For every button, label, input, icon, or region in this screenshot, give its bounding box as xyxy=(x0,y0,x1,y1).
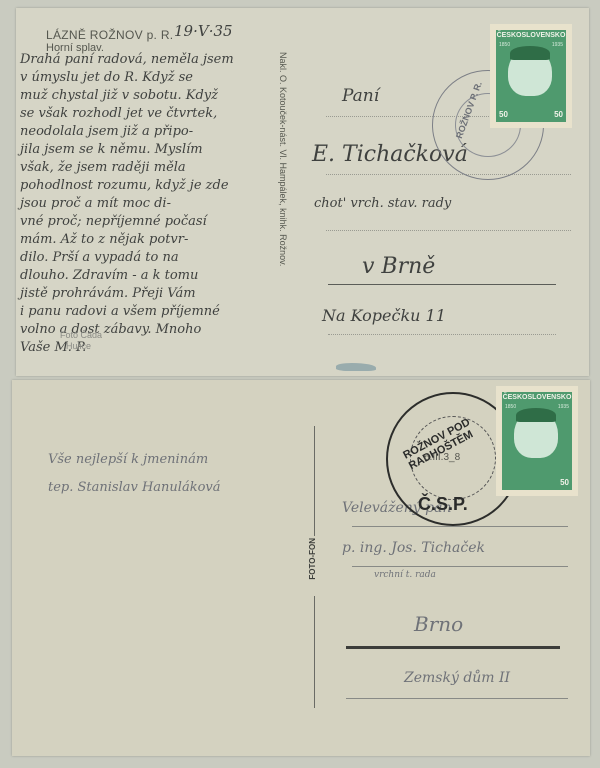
photo-credit: Foto Čáda xyxy=(60,330,102,340)
postage-stamp: ČESKOSLOVENSKO 18501935 50 xyxy=(496,386,578,496)
address-line xyxy=(352,526,568,527)
pencil-signature: tep. Stanislav Hanuláková xyxy=(48,480,221,495)
address-line xyxy=(328,334,556,335)
message-line: dlouho. Zdravím - a k tomu xyxy=(20,268,198,283)
postmark-csp: Č.S.P. xyxy=(418,494,468,515)
pencil-greeting: Vše nejlepší k jmeninám xyxy=(48,452,208,467)
message-line: muž chystal již v sobotu. Když xyxy=(20,88,218,103)
address-line xyxy=(326,174,571,175)
message-line: volno a dost zábavy. Mnoho xyxy=(20,322,201,337)
message-line: Drahá paní radová, neměla jsem xyxy=(20,52,234,67)
printed-title: LÁZNĚ ROŽNOV p. R. xyxy=(46,28,173,42)
address-title: vrchní t. rada xyxy=(374,570,436,580)
address-line xyxy=(326,230,571,231)
address-line2: p. ing. Jos. Tichaček xyxy=(342,540,485,556)
publisher-imprint: Nakl. O. Kotouček-nást. Vl. Hampálek, kn… xyxy=(278,52,288,352)
message-line: však, že jsem raději měla xyxy=(20,160,186,175)
message-line: se však rozhodl jet ve čtvrtek, xyxy=(20,106,217,121)
address-city-underline xyxy=(346,646,560,649)
handwritten-date: 19·V·35 xyxy=(174,22,233,40)
address-line xyxy=(352,566,568,567)
address-city: Brno xyxy=(414,612,463,636)
message-line: jsou proč a mít moc di- xyxy=(20,196,171,211)
postcard-bottom: Vše nejlepší k jmeninám tep. Stanislav H… xyxy=(12,380,590,756)
photo-credit-town: Hulice xyxy=(66,341,91,351)
message-line: neodolala jsem již a připo- xyxy=(20,124,193,139)
postage-stamp: ČESKOSLOVENSKO 18501935 50 50 xyxy=(490,24,572,128)
message-line: v úmyslu jet do R. Když se xyxy=(20,70,193,85)
address-salutation: Paní xyxy=(342,86,379,106)
address-street: Zemský dům II xyxy=(404,670,510,686)
postcard-top: LÁZNĚ ROŽNOV p. R. 19·V·35 Horní splav. … xyxy=(16,8,589,376)
message-line: pohodlnost rozumu, když je zde xyxy=(20,178,229,193)
divider-line-bottom xyxy=(314,596,315,708)
message-line: vné proč; nepříjemné počasí xyxy=(20,214,207,229)
address-line xyxy=(346,698,568,699)
message-line: i panu radovi a všem příjemné xyxy=(20,304,220,319)
stamp-image: ČESKOSLOVENSKO 18501935 50 xyxy=(502,392,572,490)
postmark-date: 6.III.3_8 xyxy=(424,452,460,463)
ink-stain xyxy=(336,363,376,371)
message-line: mám. Až to z nějak potvr- xyxy=(20,232,188,247)
address-city: v Brně xyxy=(362,254,435,279)
message-line: jistě prohrávám. Přeji Vám xyxy=(20,286,196,301)
stamp-image: ČESKOSLOVENSKO 18501935 50 50 xyxy=(496,30,566,122)
message-line: dilo. Prší a vypadá to na xyxy=(20,250,179,265)
address-street: Na Kopečku 11 xyxy=(322,306,446,325)
divider-line-top xyxy=(314,426,315,536)
message-line: jila jsem se k němu. Myslím xyxy=(20,142,203,157)
address-title: chot' vrch. stav. rady xyxy=(314,196,451,211)
publisher-label: FOTO-FON xyxy=(308,538,317,580)
address-underline xyxy=(328,284,556,285)
